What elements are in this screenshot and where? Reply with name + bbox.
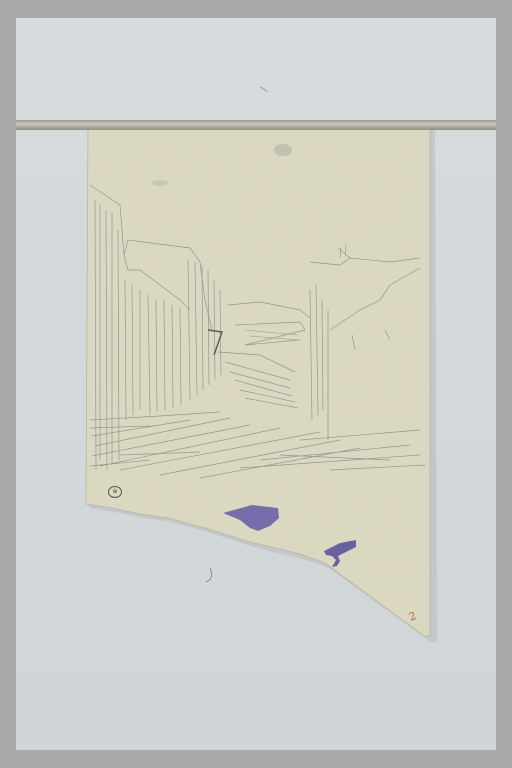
hanging-bar xyxy=(16,120,496,130)
collection-stamp: ⊕ xyxy=(108,486,122,498)
artwork-sheet xyxy=(0,0,512,768)
